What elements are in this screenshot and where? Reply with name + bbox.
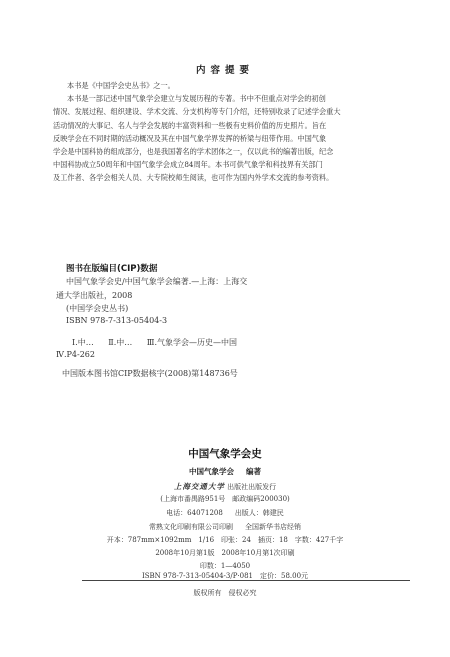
divider-rule [82, 580, 410, 581]
cip-line: (中国学会史丛书) [66, 303, 128, 314]
summary-title: 内容提要 [0, 62, 450, 76]
publisher-line: 上海交通大学 出版社出版发行 [0, 481, 450, 492]
summary-line: 本书是《中国学会史丛书》之一。 [53, 79, 425, 92]
phone-publisher-line: 电话：64071208出版人：韩建民 [0, 508, 450, 518]
distributor: 全国新华书店经销 [245, 523, 301, 531]
cip-class-3: Ⅲ.气象学会—历史—中国 [147, 338, 237, 347]
summary-line: 本书是一部记述中国气象学会建立与发展历程的专著。书中不但重点对学会的初创 [53, 92, 425, 105]
copyright: 版权所有 侵权必究 [0, 588, 450, 598]
print-run: 印数：1—4050 [0, 561, 450, 571]
cip-class-2: Ⅱ.中… [108, 338, 132, 347]
cip-line: 中国气象学会史/中国气象学会编著.—上海：上海交 [66, 276, 247, 287]
publisher-text: 出版社出版发行 [227, 483, 276, 491]
author-role: 编著 [246, 467, 261, 476]
summary-line: 情况、发展过程、组织建设、学术交流、分支机构等专门介绍，还特别收录了记述学会重大 [53, 105, 425, 118]
format-line: 开本：787mm×1092mm 1/16 印张：24 插页：18 字数：427千… [0, 535, 450, 545]
summary-line: 中国科协成立50周年和中国气象学会成立84周年。本书可供气象学和科技界有关部门 [53, 158, 425, 171]
phone: 电话：64071208 [166, 509, 223, 517]
cip-record: 中国版本图书馆CIP数据核字(2008)第148736号 [62, 368, 238, 379]
summary-line: 及工作者、各学会相关人员、大专院校师生阅读，也可作为国内外学术交流的参考资料。 [53, 171, 425, 184]
summary-line: 反映学会在不同时期的活动概况及其在中国气象学界发挥的桥梁与纽带作用。中国气象 [53, 132, 425, 145]
cip-classification: Ⅰ.中… Ⅱ.中… Ⅲ.气象学会—历史—中国 [72, 337, 237, 348]
edition-line: 2008年10月第1版 2008年10月第1次印刷 [0, 548, 450, 558]
summary-line: 学会是中国科协的组成部分，也是我国著名的学术团体之一，仅以此书的编著出版，纪念 [53, 145, 425, 158]
cip-line: 通大学出版社，2008 [56, 290, 132, 301]
author-line: 中国气象学会编著 [0, 466, 450, 477]
publisher-person: 出版人：韩建民 [235, 509, 284, 517]
printer: 常熟文化印刷有限公司印刷 [149, 523, 233, 531]
cip-class-1: Ⅰ.中… [72, 338, 94, 347]
publisher-logo: 上海交通大学 [174, 482, 225, 491]
printer-line: 常熟文化印刷有限公司印刷全国新华书店经销 [0, 522, 450, 532]
summary-body: 本书是《中国学会史丛书》之一。 本书是一部记述中国气象学会建立与发展历程的专著。… [53, 79, 425, 185]
publisher-address: (上海市番禺路951号 邮政编码200030) [0, 494, 450, 504]
summary-line: 活动情况的大事记、名人与学会发展的丰富资料和一些极有史料价值的历史照片。旨在 [53, 119, 425, 132]
book-title: 中国气象学会史 [0, 446, 450, 461]
author: 中国气象学会 [189, 467, 234, 476]
cip-heading: 图书在版编目(CIP)数据 [66, 262, 157, 274]
cip-class-4: Ⅳ.P4-262 [56, 350, 95, 359]
cip-isbn: ISBN 978-7-313-05404-3 [66, 316, 167, 325]
